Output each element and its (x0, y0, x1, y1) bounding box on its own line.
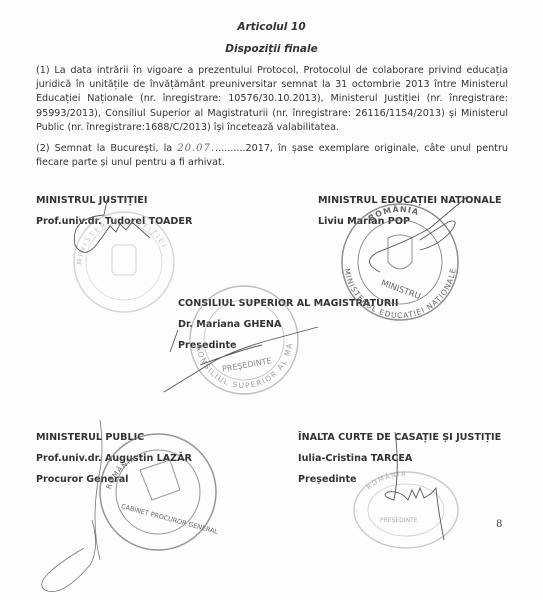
signature-block-iccj: ÎNALTA CURTE DE CASAȚIE ȘI JUSTIȚIE Iuli… (298, 427, 501, 490)
institution-name: CONSILIUL SUPERIOR AL MAGISTRATURII (178, 293, 398, 314)
stamp-text-mid: PREȘEDINTE (221, 356, 272, 375)
stamp-text-mid: PREȘEDINTE (380, 517, 418, 524)
article-subtitle: Dispoziții finale (0, 43, 543, 55)
paragraph-2-prefix: (2) Semnat la București, la (36, 143, 177, 154)
signatory-name: Prof.univ.dr. Tudorel TOADER (36, 211, 192, 232)
stamp-text-mid: CABINET PROCUROR GENERAL (120, 502, 219, 536)
article-title: Articolul 10 (0, 21, 543, 33)
page-number: 8 (496, 519, 502, 530)
institution-name: MINISTRUL EDUCAȚIEI NAȚIONALE (318, 190, 502, 211)
signature-block-public: MINISTERUL PUBLIC Prof.univ.dr. Augustin… (36, 427, 192, 490)
signature-block-csm: CONSILIUL SUPERIOR AL MAGISTRATURII Dr. … (178, 293, 398, 356)
signatory-name: Liviu Marian POP (318, 211, 502, 232)
paragraph-2: (2) Semnat la București, la 20.07.......… (36, 142, 508, 170)
signatory-role: Procuror General (36, 469, 192, 490)
institution-name: MINISTERUL PUBLIC (36, 427, 192, 448)
institution-name: MINISTRUL JUSTIȚIEI (36, 190, 192, 211)
signature-block-educatie: MINISTRUL EDUCAȚIEI NAȚIONALE Liviu Mari… (318, 190, 502, 232)
document-page: Articolul 10 Dispoziții finale (1) La da… (0, 0, 543, 600)
signature-block-justitie: MINISTRUL JUSTIȚIEI Prof.univ.dr. Tudore… (36, 190, 192, 232)
institution-name: ÎNALTA CURTE DE CASAȚIE ȘI JUSTIȚIE (298, 427, 501, 448)
signatory-role: Președinte (178, 335, 398, 356)
signatory-role: Președinte (298, 469, 501, 490)
date-dots: .......... (215, 143, 246, 154)
handwritten-date: 20.07. (177, 143, 215, 154)
paragraph-1: (1) La data intrării în vigoare a prezen… (36, 64, 508, 135)
signatory-name: Prof.univ.dr. Augustin LAZĂR (36, 448, 192, 469)
signatory-name: Iulia-Cristina TARCEA (298, 448, 501, 469)
signatory-name: Dr. Mariana GHENA (178, 314, 398, 335)
